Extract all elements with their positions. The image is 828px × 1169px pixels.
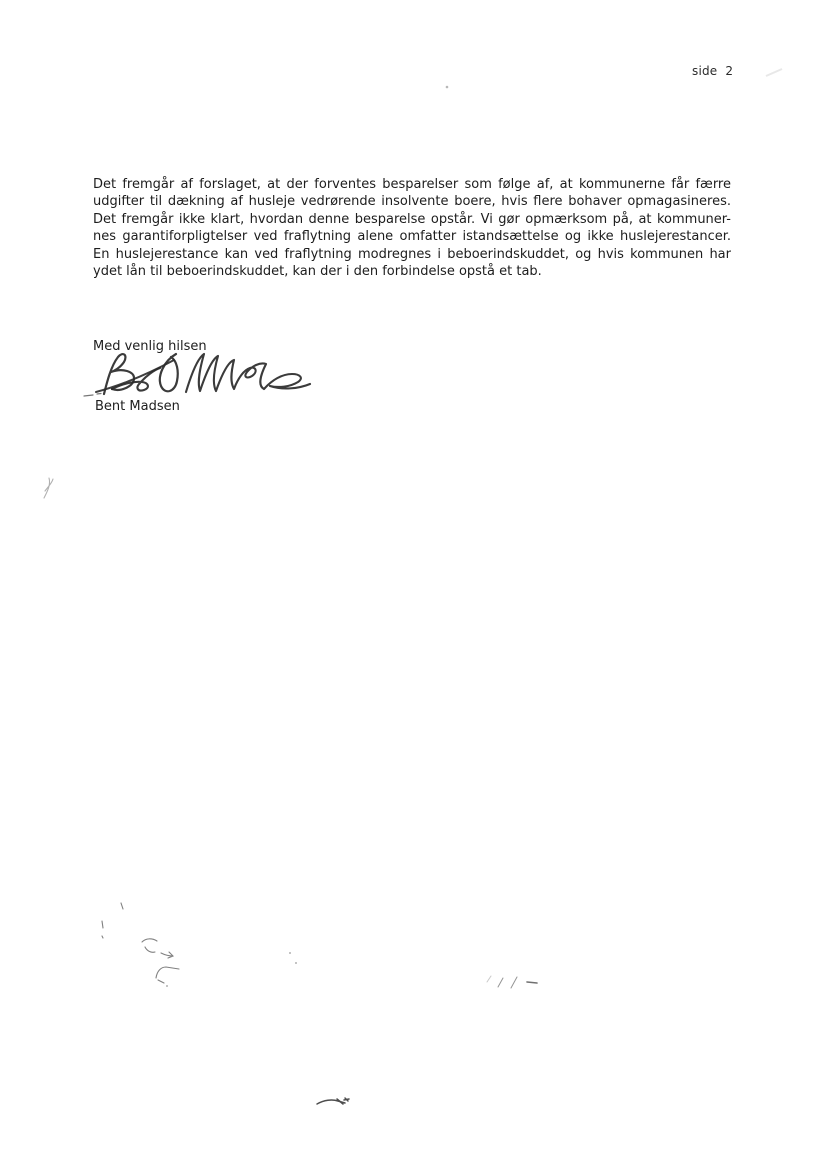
letter-paragraph: Det fremgår af forslaget, at der forvent… bbox=[93, 176, 731, 280]
smudge-specks bbox=[487, 976, 537, 988]
paragraph-line: Det fremgår ikke klart, hvordan denne be… bbox=[93, 211, 731, 228]
signer-name-label: Bent Madsen bbox=[95, 399, 180, 415]
bottom-smudge bbox=[317, 1098, 349, 1104]
paragraph-line: ydet lån til beboerindskuddet, kan der i… bbox=[93, 263, 731, 280]
handwritten-signature bbox=[78, 348, 318, 406]
scan-artifact bbox=[44, 478, 53, 498]
scan-artifact bbox=[766, 69, 782, 76]
signature-ink-icon bbox=[78, 348, 318, 406]
paragraph-line: nes garantiforpligtelser ved fraflytning… bbox=[93, 228, 731, 245]
scan-artifact bbox=[446, 86, 449, 89]
paragraph-line: En huslejerestance kan ved fraflytning m… bbox=[93, 246, 731, 263]
smudge-cluster bbox=[102, 903, 297, 987]
paragraph-line: udgifter til dækning af husleje vedrøren… bbox=[93, 193, 731, 210]
page-number-label: side 2 bbox=[692, 64, 733, 78]
paragraph-line: Det fremgår af forslaget, at der forvent… bbox=[93, 176, 731, 193]
scanned-letter-page: side 2 Det fremgår af forslaget, at der … bbox=[0, 0, 828, 1169]
